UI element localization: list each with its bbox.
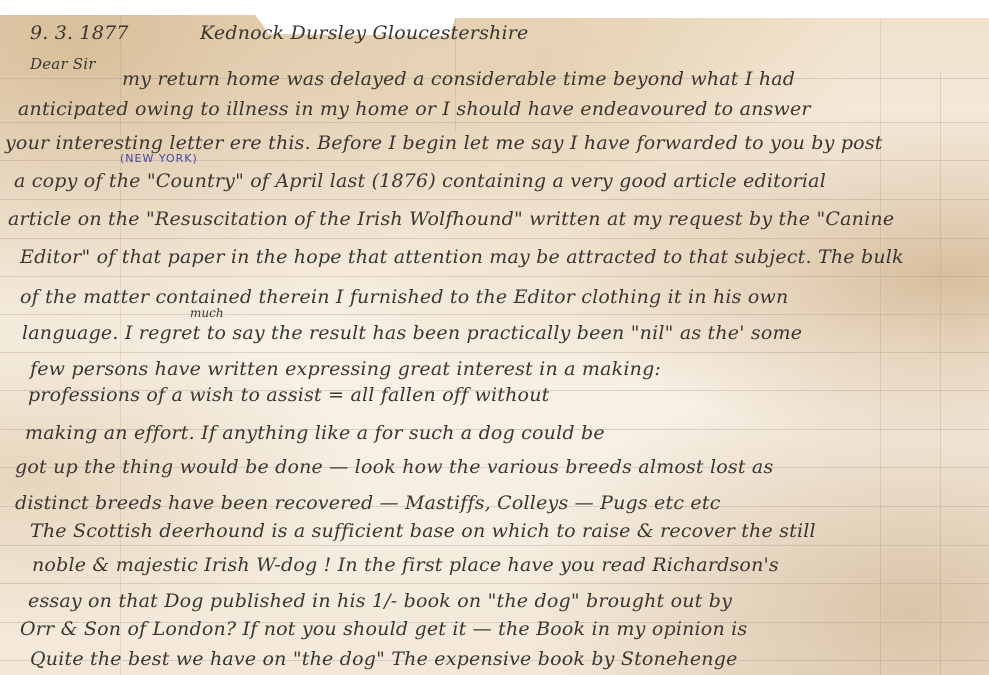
ruled-line bbox=[0, 238, 989, 239]
margin-rule bbox=[940, 72, 941, 675]
ruled-line bbox=[0, 276, 989, 277]
letter-line-11: making an effort. If anything like a for… bbox=[25, 422, 605, 444]
ruled-line bbox=[0, 583, 989, 584]
letter-line-8: language. I regret to say the result has… bbox=[22, 322, 802, 344]
salutation: Dear Sir bbox=[30, 55, 96, 73]
letter-address: Kednock Dursley Gloucestershire bbox=[200, 22, 528, 44]
letter-line-9: few persons have written expressing grea… bbox=[30, 358, 661, 380]
ruled-line bbox=[0, 352, 989, 353]
margin-annotation: (NEW YORK) bbox=[120, 152, 198, 165]
fold-crease bbox=[880, 12, 881, 675]
letter-date: 9. 3. 1877 bbox=[30, 22, 129, 44]
letter-line-15: noble & majestic Irish W-dog ! In the fi… bbox=[32, 554, 779, 576]
letter-line-4: a copy of the "Country" of April last (1… bbox=[14, 170, 826, 192]
letter-line-12: got up the thing would be done — look ho… bbox=[15, 456, 773, 478]
letter-line-16: essay on that Dog published in his 1/- b… bbox=[28, 590, 732, 612]
letter-line-10: professions of a wish to assist = all fa… bbox=[28, 384, 549, 406]
letter-line-2: anticipated owing to illness in my home … bbox=[18, 98, 811, 120]
letter-line-14: The Scottish deerhound is a sufficient b… bbox=[30, 520, 816, 542]
ruled-line bbox=[0, 199, 989, 200]
interlinear-insert: much bbox=[190, 306, 224, 320]
letter-line-17: Orr & Son of London? If not you should g… bbox=[20, 618, 747, 640]
letter-line-7: of the matter contained therein I furnis… bbox=[20, 286, 788, 308]
ruled-line bbox=[0, 545, 989, 546]
ruled-line bbox=[0, 314, 989, 315]
letter-line-13: distinct breeds have been recovered — Ma… bbox=[15, 492, 721, 514]
letter-line-6: Editor" of that paper in the hope that a… bbox=[20, 246, 904, 268]
ruled-line bbox=[0, 122, 989, 123]
letter-line-5: article on the "Resuscitation of the Iri… bbox=[8, 208, 894, 230]
letter-line-1: my return home was delayed a considerabl… bbox=[122, 68, 795, 90]
letter-line-3: your interesting letter ere this. Before… bbox=[5, 132, 883, 154]
letter-line-18: Quite the best we have on "the dog" The … bbox=[30, 648, 738, 670]
